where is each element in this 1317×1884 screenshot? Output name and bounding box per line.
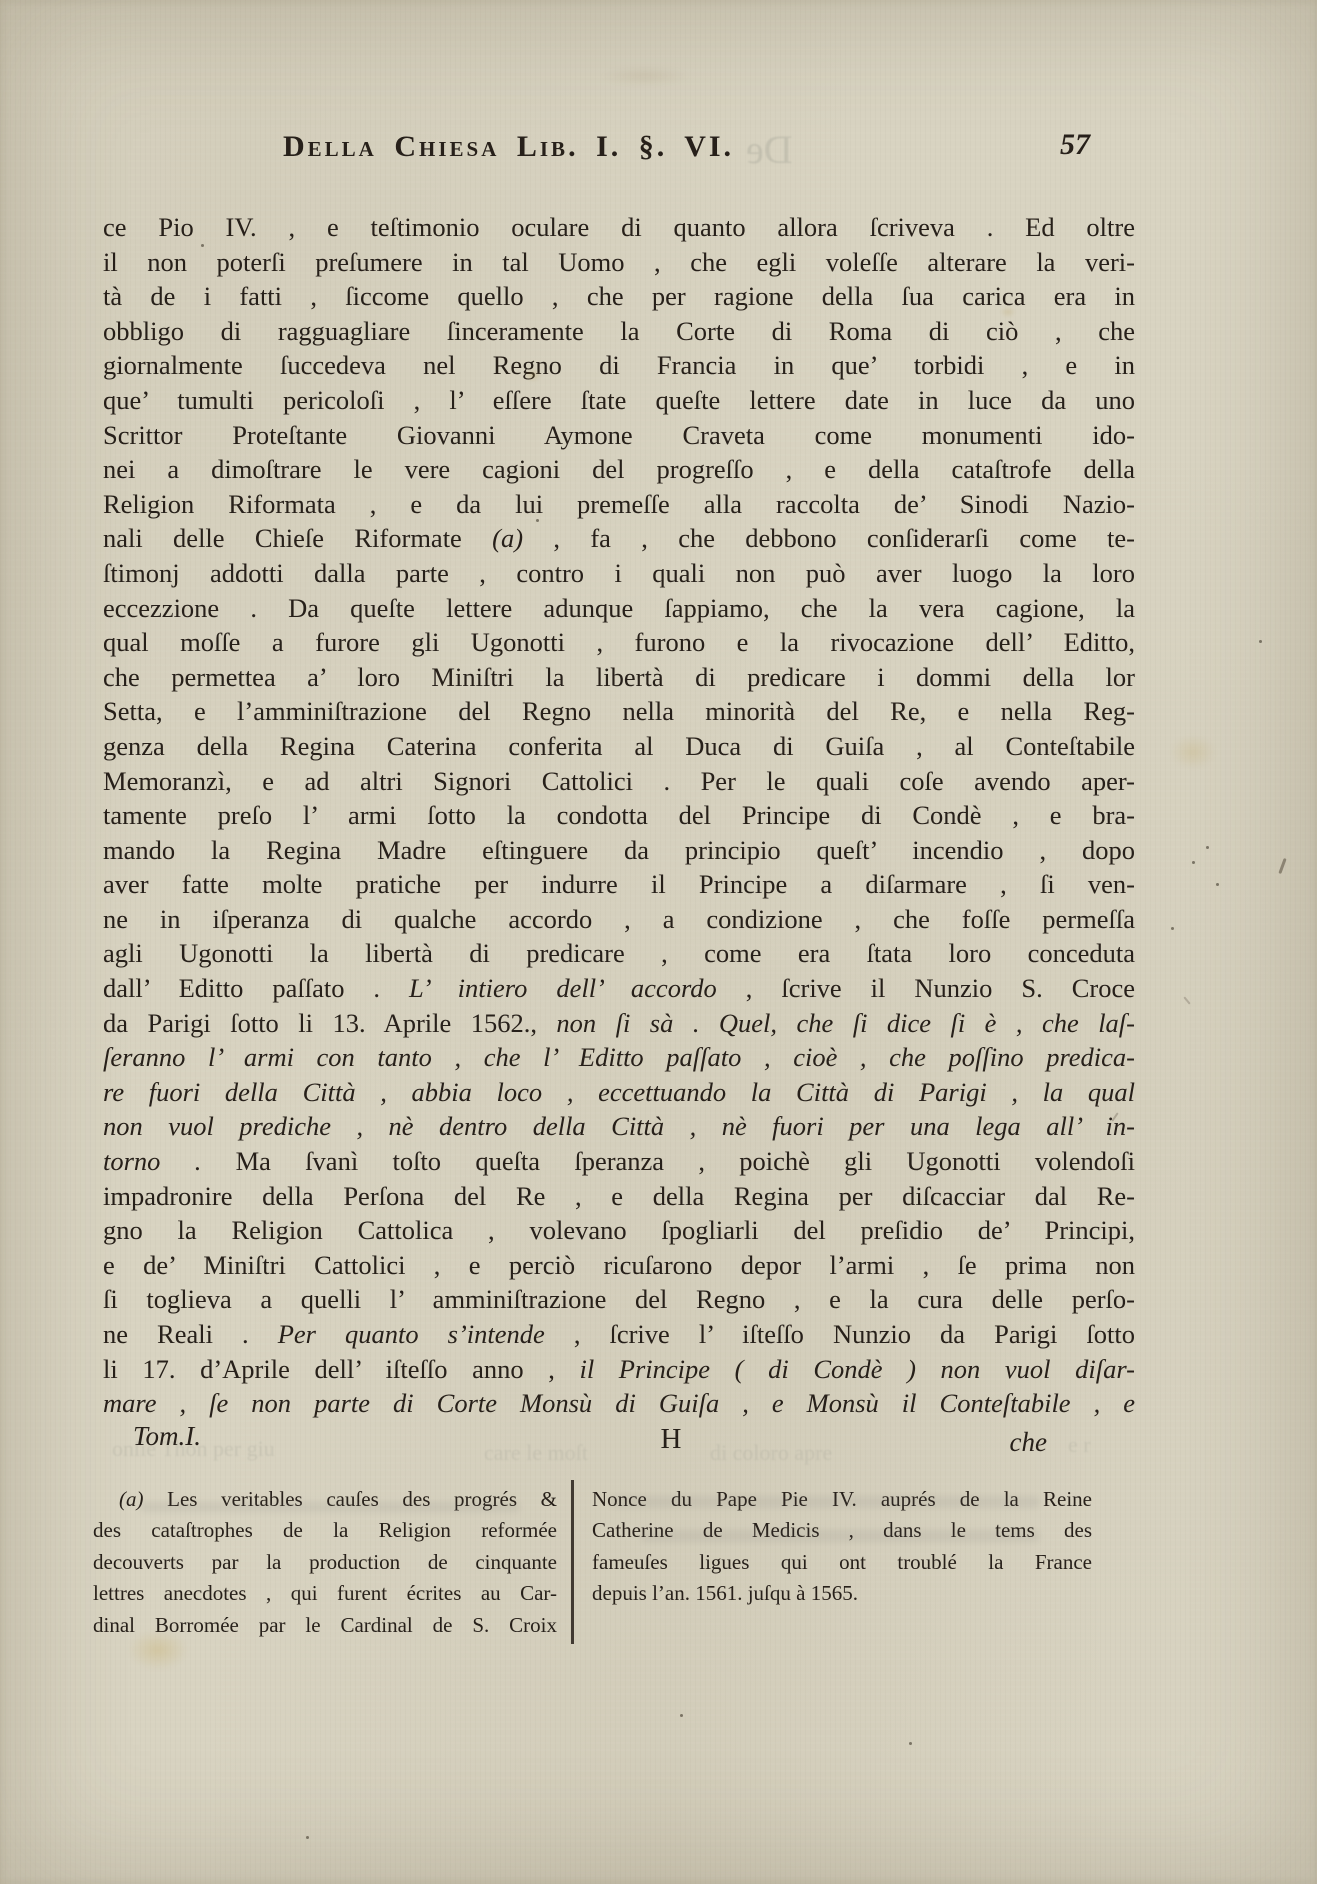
text-segment: Ma ſvanì toſto queſta ſperanza , poichè … bbox=[201, 1146, 1135, 1176]
signature-mark: H bbox=[661, 1423, 682, 1456]
text-segment: mare , ſe non parte di Corte Monsù di Gu… bbox=[103, 1388, 1135, 1418]
text-line: que’ tumulti pericoloſi , l’ eſſere ſtat… bbox=[103, 383, 1135, 418]
paper-speck bbox=[1216, 883, 1219, 886]
text-line: ſtimonj addotti dalla parte , contro i q… bbox=[103, 556, 1135, 591]
text-segment: Les veritables cauſes des progrés & bbox=[144, 1487, 558, 1511]
text-line: Scrittor Proteſtante Giovanni Aymone Cra… bbox=[103, 418, 1135, 453]
text-line: nei a dimoſtrare le vere cagioni del pro… bbox=[103, 452, 1135, 487]
text-segment: , ſcrive il Nunzio S. Croce bbox=[717, 973, 1135, 1003]
text-segment: , ſcrive l’ iſteſſo Nunzio da Parigi ſot… bbox=[545, 1319, 1135, 1349]
text-line: non vuol prediche , nè dentro della Citt… bbox=[103, 1109, 1135, 1144]
paper-stain bbox=[600, 66, 690, 86]
text-segment: che permettea a’ loro Miniſtri la libert… bbox=[103, 662, 1135, 692]
text-segment: L’ intiero dell’ accordo bbox=[409, 973, 717, 1003]
text-segment: ſi toglieva a quelli l’ amminiſtrazione … bbox=[103, 1284, 1135, 1314]
text-line: ne Reali . Per quanto s’intende , ſcrive… bbox=[103, 1317, 1135, 1352]
paper-speck bbox=[1171, 927, 1174, 930]
pen-mark bbox=[1278, 858, 1286, 874]
text-segment: ce Pio IV. , e teſtimonio oculare di qua… bbox=[103, 212, 1135, 242]
paper-speck bbox=[1192, 861, 1195, 864]
text-segment: qual moſſe a furore gli Ugonotti , furon… bbox=[103, 627, 1135, 657]
footnote-left-column: (a) Les veritables cauſes des progrés &d… bbox=[93, 1484, 557, 1641]
text-segment: gno la Religion Cattolica , volevano ſpo… bbox=[103, 1215, 1135, 1245]
page-number: 57 bbox=[1060, 128, 1090, 162]
text-line: Memoranzì, e ad altri Signori Cattolici … bbox=[103, 764, 1135, 799]
text-segment: li 17. d’Aprile dell’ iſteſſo anno , bbox=[103, 1354, 579, 1384]
paper-speck bbox=[306, 1836, 309, 1839]
text-segment: ne in iſperanza di qualche accordo , a c… bbox=[103, 904, 1135, 934]
text-segment: da Parigi ſotto li 13. Aprile 1562., bbox=[103, 1008, 556, 1038]
paper-speck bbox=[1206, 846, 1209, 849]
text-segment: (a) bbox=[492, 523, 523, 553]
text-line: depuis l’an. 1561. juſqu à 1565. bbox=[592, 1578, 1092, 1609]
running-header: Della Chiesa Lib. I. §. VI. bbox=[283, 130, 734, 164]
text-line: des cataſtrophes de la Religion reformée bbox=[93, 1515, 557, 1546]
text-line: lettres anecdotes , qui furent écrites a… bbox=[93, 1578, 557, 1609]
pen-mark bbox=[1183, 996, 1190, 1004]
paper-speck bbox=[909, 1742, 912, 1745]
text-segment: genza della Regina Caterina conferita al… bbox=[103, 731, 1135, 761]
text-line: obbligo di ragguagliare ſinceramente la … bbox=[103, 314, 1135, 349]
text-line: nali delle Chieſe Riformate (a) , fa , c… bbox=[103, 521, 1135, 556]
text-segment: mando la Regina Madre eſtinguere da prin… bbox=[103, 835, 1135, 865]
text-line: giornalmente ſuccedeva nel Regno di Fran… bbox=[103, 348, 1135, 383]
catchword: che bbox=[1010, 1427, 1047, 1458]
text-line: li 17. d’Aprile dell’ iſteſſo anno , il … bbox=[103, 1352, 1135, 1387]
text-segment: depuis l’an. 1561. juſqu à 1565. bbox=[592, 1581, 858, 1605]
text-segment: Setta, e l’amminiſtrazione del Regno nel… bbox=[103, 696, 1135, 726]
paper-stain bbox=[1170, 735, 1216, 769]
text-segment: dall’ Editto paſſato . bbox=[103, 973, 409, 1003]
ghost-text: De bbox=[746, 126, 793, 173]
text-segment: des cataſtrophes de la Religion reformée bbox=[93, 1518, 557, 1542]
text-line: tamente preſo l’ armi ſotto la condotta … bbox=[103, 798, 1135, 833]
text-segment: obbligo di ragguagliare ſinceramente la … bbox=[103, 316, 1135, 346]
text-line: Catherine de Medicis , dans le tems des bbox=[592, 1515, 1092, 1546]
volume-label: Tom.I. bbox=[133, 1421, 201, 1452]
text-line: impadronire della Perſona del Re , e del… bbox=[103, 1179, 1135, 1214]
text-segment: il Principe ( di Condè ) non vuol diſar- bbox=[579, 1354, 1135, 1384]
text-line: ne in iſperanza di qualche accordo , a c… bbox=[103, 902, 1135, 937]
text-segment: il non poterſi preſumere in tal Uomo , c… bbox=[103, 247, 1135, 277]
text-line: (a) Les veritables cauſes des progrés & bbox=[93, 1484, 557, 1515]
text-segment: agli Ugonotti la libertà di predicare , … bbox=[103, 938, 1135, 968]
text-line: e de’ Miniſtri Cattolici , e perciò ricu… bbox=[103, 1248, 1135, 1283]
text-line: il non poterſi preſumere in tal Uomo , c… bbox=[103, 245, 1135, 280]
text-segment: eccezzione . Da queſte lettere adunque ſ… bbox=[103, 593, 1135, 623]
text-segment: (a) bbox=[119, 1487, 144, 1511]
text-line: che permettea a’ loro Miniſtri la libert… bbox=[103, 660, 1135, 695]
text-segment: Memoranzì, e ad altri Signori Cattolici … bbox=[103, 766, 1135, 796]
text-line: dinal Borromée par le Cardinal de S. Cro… bbox=[93, 1610, 557, 1641]
text-segment: re fuori della Città , abbia loco , ecce… bbox=[103, 1077, 1135, 1107]
text-line: ce Pio IV. , e teſtimonio oculare di qua… bbox=[103, 210, 1135, 245]
text-line: ſeranno l’ armi con tanto , che l’ Editt… bbox=[103, 1040, 1135, 1075]
text-segment: Per quanto s’intende bbox=[278, 1319, 545, 1349]
text-line: agli Ugonotti la libertà di predicare , … bbox=[103, 936, 1135, 971]
text-segment: lettres anecdotes , qui furent écrites a… bbox=[93, 1581, 557, 1605]
text-segment: Catherine de Medicis , dans le tems des bbox=[592, 1518, 1092, 1542]
text-segment: fameuſes ligues qui ont troublé la Franc… bbox=[592, 1550, 1092, 1574]
signature-line: Tom.I. H che bbox=[103, 1421, 1135, 1457]
text-line: eccezzione . Da queſte lettere adunque ſ… bbox=[103, 591, 1135, 626]
text-line: mare , ſe non parte di Corte Monsù di Gu… bbox=[103, 1386, 1135, 1421]
text-segment: que’ tumulti pericoloſi , l’ eſſere ſtat… bbox=[103, 385, 1135, 415]
text-line: qual moſſe a furore gli Ugonotti , furon… bbox=[103, 625, 1135, 660]
text-line: ſi toglieva a quelli l’ amminiſtrazione … bbox=[103, 1282, 1135, 1317]
text-segment: impadronire della Perſona del Re , e del… bbox=[103, 1181, 1135, 1211]
text-segment: non vuol prediche , nè dentro della Citt… bbox=[103, 1111, 1135, 1141]
paper-speck bbox=[1259, 640, 1262, 643]
text-line: Religion Riformata , e da lui premeſſe a… bbox=[103, 487, 1135, 522]
text-line: Nonce du Pape Pie IV. auprés de la Reine bbox=[592, 1484, 1092, 1515]
text-segment: non ſi sà . Quel, che ſi dice ſi è , che… bbox=[556, 1008, 1135, 1038]
text-segment: Scrittor Proteſtante Giovanni Aymone Cra… bbox=[103, 420, 1135, 450]
text-segment: nali delle Chieſe Riformate bbox=[103, 523, 492, 553]
text-segment: giornalmente ſuccedeva nel Regno di Fran… bbox=[103, 350, 1135, 380]
text-line: torno . Ma ſvanì toſto queſta ſperanza ,… bbox=[103, 1144, 1135, 1179]
text-segment: aver fatte molte pratiche per indurre il… bbox=[103, 869, 1135, 899]
text-segment: nei a dimoſtrare le vere cagioni del pro… bbox=[103, 454, 1135, 484]
text-segment: e de’ Miniſtri Cattolici , e perciò ricu… bbox=[103, 1250, 1135, 1280]
text-line: mando la Regina Madre eſtinguere da prin… bbox=[103, 833, 1135, 868]
text-segment: dinal Borromée par le Cardinal de S. Cro… bbox=[93, 1613, 557, 1637]
text-line: Setta, e l’amminiſtrazione del Regno nel… bbox=[103, 694, 1135, 729]
text-segment: , fa , che debbono conſiderarſi come te- bbox=[523, 523, 1135, 553]
text-line: gno la Religion Cattolica , volevano ſpo… bbox=[103, 1213, 1135, 1248]
text-segment: ſtimonj addotti dalla parte , contro i q… bbox=[103, 558, 1135, 588]
text-segment: tamente preſo l’ armi ſotto la condotta … bbox=[103, 800, 1135, 830]
text-segment: Religion Riformata , e da lui premeſſe a… bbox=[103, 489, 1135, 519]
text-line: decouverts par la production de cinquant… bbox=[93, 1547, 557, 1578]
footnote-right-column: Nonce du Pape Pie IV. auprés de la Reine… bbox=[592, 1484, 1092, 1610]
text-line: aver fatte molte pratiche per indurre il… bbox=[103, 867, 1135, 902]
text-segment: ne Reali . bbox=[103, 1319, 278, 1349]
text-line: tà de i fatti , ſiccome quello , che per… bbox=[103, 279, 1135, 314]
text-line: dall’ Editto paſſato . L’ intiero dell’ … bbox=[103, 971, 1135, 1006]
text-line: fameuſes ligues qui ont troublé la Franc… bbox=[592, 1547, 1092, 1578]
text-segment: ſeranno l’ armi con tanto , che l’ Editt… bbox=[103, 1042, 1135, 1072]
main-text: ce Pio IV. , e teſtimonio oculare di qua… bbox=[103, 210, 1135, 1421]
text-segment: Nonce du Pape Pie IV. auprés de la Reine bbox=[592, 1487, 1092, 1511]
paper-speck bbox=[680, 1714, 683, 1717]
text-line: genza della Regina Caterina conferita al… bbox=[103, 729, 1135, 764]
text-segment: torno . bbox=[103, 1146, 201, 1176]
text-line: da Parigi ſotto li 13. Aprile 1562., non… bbox=[103, 1006, 1135, 1041]
footnote-divider bbox=[571, 1480, 574, 1644]
text-segment: decouverts par la production de cinquant… bbox=[93, 1550, 557, 1574]
text-line: re fuori della Città , abbia loco , ecce… bbox=[103, 1075, 1135, 1110]
text-segment: tà de i fatti , ſiccome quello , che per… bbox=[103, 281, 1135, 311]
book-page-scan: Della Chiesa Lib. I. §. VI. 57 ce Pio IV… bbox=[0, 0, 1317, 1884]
